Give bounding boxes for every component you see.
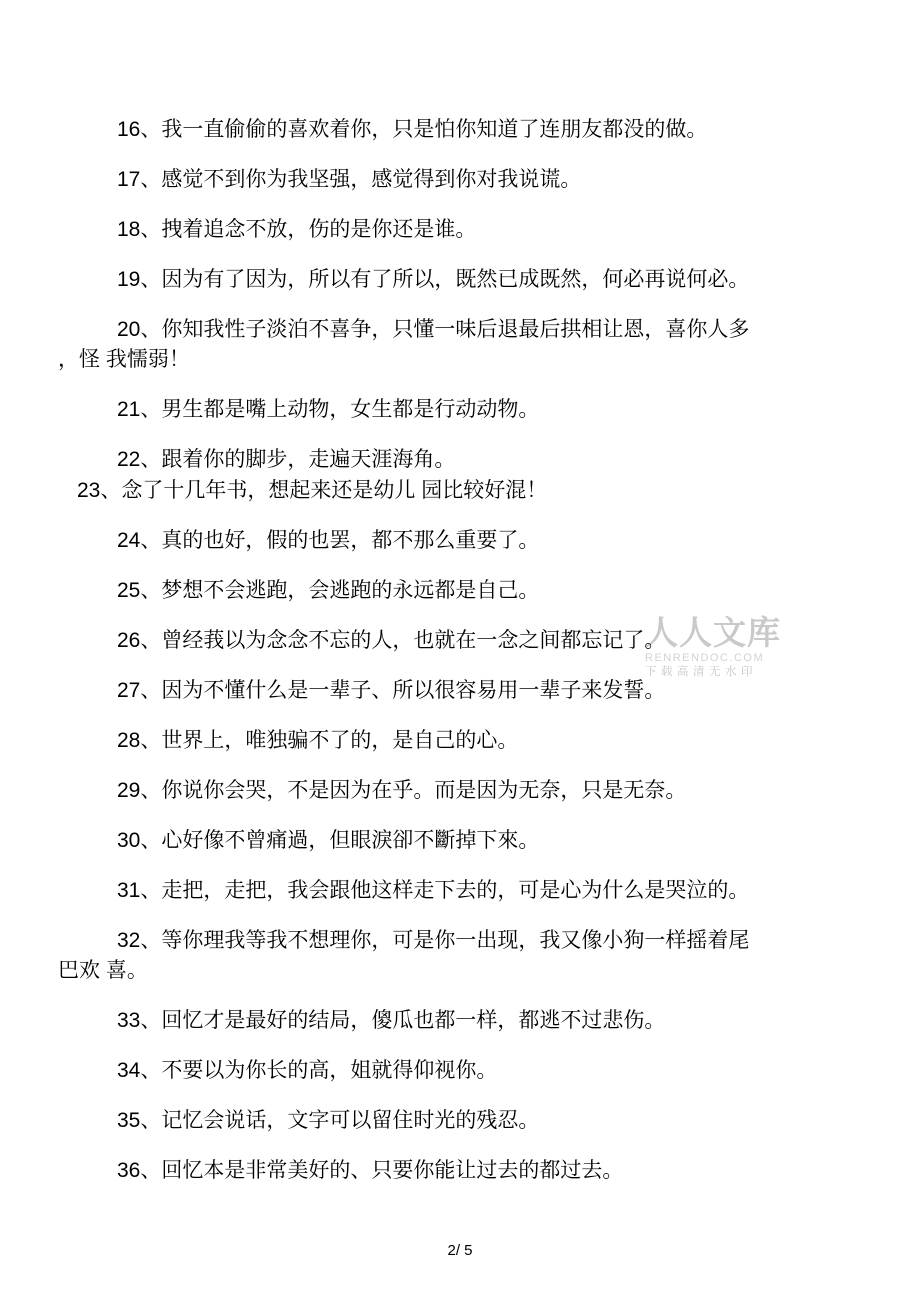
quote-list: 16、我一直偷偷的喜欢着你，只是怕你知道了连朋友都没的做。17、感觉不到你为我坚… [0,0,920,1206]
list-item-line: 34、不要以为你长的高，姐就得仰视你。 [58,1056,860,1086]
list-item: 27、因为不懂什么是一辈子、所以很容易用一辈子来发誓。 [58,676,860,706]
list-item: 31、走把，走把，我会跟他这样走下去的，可是心为什么是哭泣的。 [58,876,860,906]
list-item-line: 35、记忆会说话，文字可以留住时光的残忍。 [58,1106,860,1136]
list-item-line: 21、男生都是嘴上动物，女生都是行动动物。 [58,395,860,425]
list-item: 19、因为有了因为，所以有了所以，既然已成既然，何必再说何必。 [58,265,860,295]
list-item-line: 27、因为不懂什么是一辈子、所以很容易用一辈子来发誓。 [58,676,860,706]
list-item: 32、等你理我等我不想理你，可是你一出现，我又像小狗一样摇着尾巴欢 喜。 [58,926,860,986]
list-item-line: 26、曾经莪以为念念不忘的人，也就在一念之间都忘记了。 [58,626,860,656]
list-item-line: 31、走把，走把，我会跟他这样走下去的，可是心为什么是哭泣的。 [58,876,860,906]
list-item-line: 23、念了十几年书，想起来还是幼儿 园比较好混！ [58,476,860,506]
list-item-line: ，怪 我懦弱！ [58,345,860,375]
list-item: 16、我一直偷偷的喜欢着你，只是怕你知道了连朋友都没的做。 [58,115,860,145]
list-item: 20、你知我性子淡泊不喜争，只懂一味后退最后拱相让恩，喜你人多，怪 我懦弱！ [58,315,860,375]
page-number: 2/ 5 [0,1242,920,1260]
list-item: 17、感觉不到你为我坚强，感觉得到你对我说谎。 [58,165,860,195]
list-item-line: 20、你知我性子淡泊不喜争，只懂一味后退最后拱相让恩，喜你人多 [58,315,860,345]
list-item: 25、梦想不会逃跑，会逃跑的永远都是自己。 [58,576,860,606]
list-item: 23、念了十几年书，想起来还是幼儿 园比较好混！ [58,476,860,506]
list-item-line: 16、我一直偷偷的喜欢着你，只是怕你知道了连朋友都没的做。 [58,115,860,145]
list-item-line: 28、世界上，唯独骗不了的，是自己的心。 [58,726,860,756]
list-item-line: 30、心好像不曾痛過，但眼淚卻不斷掉下來。 [58,826,860,856]
list-item: 22、跟着你的脚步，走遍天涯海角。 [58,445,860,475]
list-item-line: 36、回忆本是非常美好的、只要你能让过去的都过去。 [58,1156,860,1186]
list-item-line: 17、感觉不到你为我坚强，感觉得到你对我说谎。 [58,165,860,195]
list-item: 28、世界上，唯独骗不了的，是自己的心。 [58,726,860,756]
list-item: 30、心好像不曾痛過，但眼淚卻不斷掉下來。 [58,826,860,856]
list-item: 33、回忆才是最好的结局，傻瓜也都一样，都逃不过悲伤。 [58,1006,860,1036]
list-item: 26、曾经莪以为念念不忘的人，也就在一念之间都忘记了。 [58,626,860,656]
list-item-line: 22、跟着你的脚步，走遍天涯海角。 [58,445,860,475]
list-item: 18、拽着追念不放，伤的是你还是谁。 [58,215,860,245]
document-page: 人人文库 RENRENDOC.COM 下载高清无水印 16、我一直偷偷的喜欢着你… [0,0,920,1303]
list-item-line: 19、因为有了因为，所以有了所以，既然已成既然，何必再说何必。 [58,265,860,295]
list-item: 21、男生都是嘴上动物，女生都是行动动物。 [58,395,860,425]
list-item-line: 33、回忆才是最好的结局，傻瓜也都一样，都逃不过悲伤。 [58,1006,860,1036]
list-item-line: 巴欢 喜。 [58,956,860,986]
list-item: 24、真的也好，假的也罢，都不那么重要了。 [58,526,860,556]
list-item-line: 24、真的也好，假的也罢，都不那么重要了。 [58,526,860,556]
list-item: 34、不要以为你长的高，姐就得仰视你。 [58,1056,860,1086]
list-item-line: 29、你说你会哭，不是因为在乎。而是因为无奈，只是无奈。 [58,776,860,806]
list-item-line: 32、等你理我等我不想理你，可是你一出现，我又像小狗一样摇着尾 [58,926,860,956]
list-item-line: 25、梦想不会逃跑，会逃跑的永远都是自己。 [58,576,860,606]
list-item: 35、记忆会说话，文字可以留住时光的残忍。 [58,1106,860,1136]
list-item: 36、回忆本是非常美好的、只要你能让过去的都过去。 [58,1156,860,1186]
list-item-line: 18、拽着追念不放，伤的是你还是谁。 [58,215,860,245]
list-item: 29、你说你会哭，不是因为在乎。而是因为无奈，只是无奈。 [58,776,860,806]
